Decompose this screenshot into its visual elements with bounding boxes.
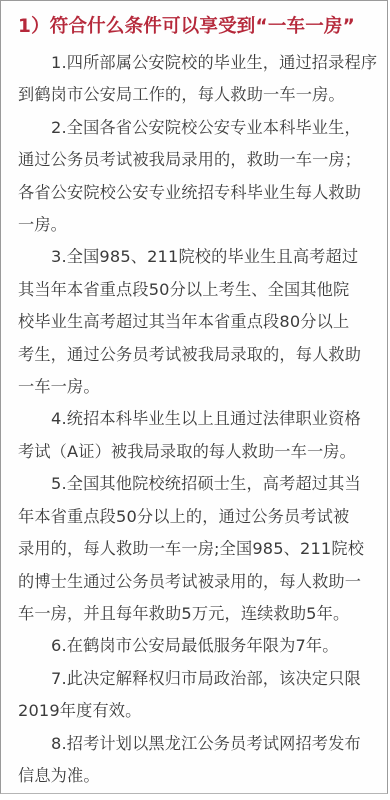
paragraph-line: 各省公安院校公安专业统招专科毕业生每人救助 [18, 177, 374, 209]
paragraph-4: 4.统招本科毕业生以上且通过法律职业资格 考试（A证）被我局录取的每人救助一车一… [18, 403, 374, 468]
paragraph-line: 7.此决定解释权归市局政治部，该决定只限 [18, 663, 374, 695]
paragraph-line: 一房。 [18, 209, 374, 241]
paragraph-line: 其当年本省重点段50分以上考生、全国其他院 [18, 274, 374, 306]
paragraph-line: 一车一房。 [18, 371, 374, 403]
document-body: 1.四所部属公安院校的毕业生，通过招录程序 到鹤岗市公安局工作的，每人救助一车一… [18, 47, 374, 792]
paragraph-line: 4.统招本科毕业生以上且通过法律职业资格 [18, 403, 374, 435]
paragraph-line: 2.全国各省公安院校公安专业本科毕业生， [18, 112, 374, 144]
paragraph-line: 2019年度有效。 [18, 695, 374, 727]
document-frame: 1）符合什么条件可以享受到“一车一房” 1.四所部属公安院校的毕业生，通过招录程… [0, 0, 388, 794]
paragraph-6: 6.在鹤岗市公安局最低服务年限为7年。 [18, 630, 374, 662]
paragraph-5: 5.全国其他院校统招硕士生，高考超过其当 年本省重点段50分以上的，通过公务员考… [18, 468, 374, 630]
paragraph-line: 信息为准。 [18, 760, 374, 792]
paragraph-line: 的博士生通过公务员考试被录用的，每人救助一 [18, 566, 374, 598]
paragraph-line: 8.招考计划以黑龙江公务员考试网招考发布 [18, 728, 374, 760]
paragraph-7: 7.此决定解释权归市局政治部，该决定只限 2019年度有效。 [18, 663, 374, 728]
paragraph-line: 1.四所部属公安院校的毕业生，通过招录程序 [18, 47, 374, 79]
paragraph-line: 6.在鹤岗市公安局最低服务年限为7年。 [18, 630, 374, 662]
paragraph-line: 通过公务员考试被我局录用的，救助一车一房； [18, 144, 374, 176]
paragraph-line: 3.全国985、211院校的毕业生且高考超过 [18, 241, 374, 273]
paragraph-2: 2.全国各省公安院校公安专业本科毕业生， 通过公务员考试被我局录用的，救助一车一… [18, 112, 374, 242]
section-heading: 1）符合什么条件可以享受到“一车一房” [18, 15, 355, 39]
paragraph-line: 年本省重点段50分以上的，通过公务员考试被 [18, 501, 374, 533]
paragraph-1: 1.四所部属公安院校的毕业生，通过招录程序 到鹤岗市公安局工作的，每人救助一车一… [18, 47, 374, 112]
paragraph-line: 车一房，并且每年救助5万元，连续救助5年。 [18, 598, 374, 630]
paragraph-line: 5.全国其他院校统招硕士生，高考超过其当 [18, 468, 374, 500]
paragraph-line: 校毕业生高考超过其当年本省重点段80分以上 [18, 306, 374, 338]
paragraph-line: 考生，通过公务员考试被我局录取的，每人救助 [18, 339, 374, 371]
paragraph-line: 考试（A证）被我局录取的每人救助一车一房。 [18, 436, 374, 468]
paragraph-line: 录用的，每人救助一车一房;全国985、211院校 [18, 533, 374, 565]
paragraph-3: 3.全国985、211院校的毕业生且高考超过 其当年本省重点段50分以上考生、全… [18, 241, 374, 403]
paragraph-8: 8.招考计划以黑龙江公务员考试网招考发布 信息为准。 [18, 728, 374, 793]
paragraph-line: 到鹤岗市公安局工作的，每人救助一车一房。 [18, 79, 374, 111]
